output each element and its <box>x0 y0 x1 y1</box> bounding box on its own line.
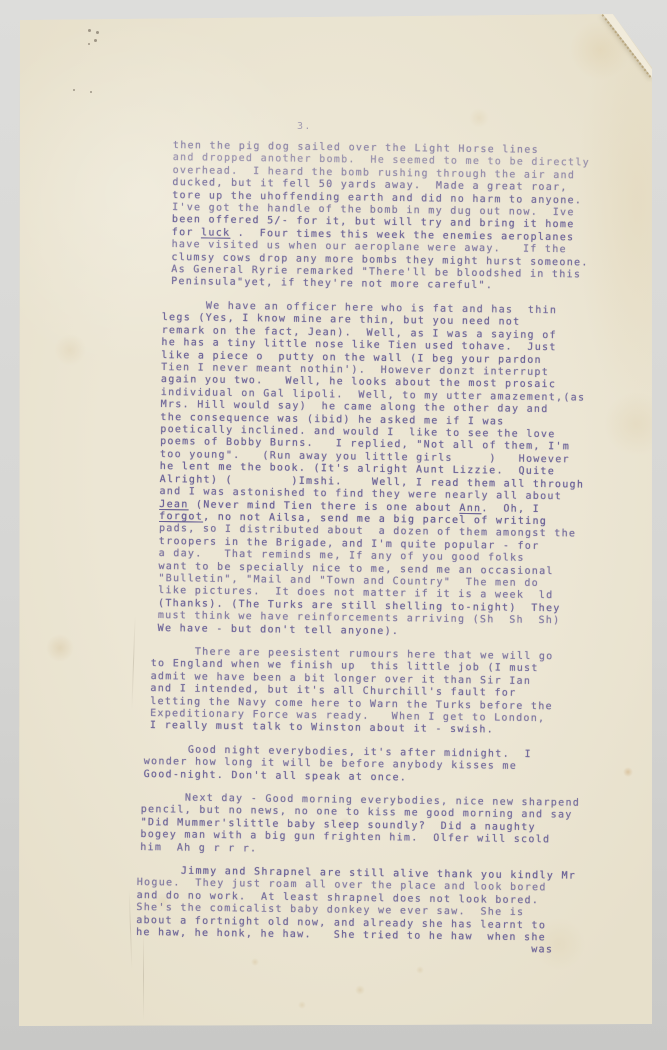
folded-corner <box>582 14 652 84</box>
pin-hole <box>88 43 90 45</box>
letter-paragraph: We have an officer here who is fat and h… <box>158 300 639 641</box>
letter-paragraph: Good night everybodies, it's after midni… <box>144 744 639 788</box>
underlined-word: Ann <box>459 502 481 513</box>
letter-page: 3. then the pig dog sailed over the Ligh… <box>19 14 652 1026</box>
folded-corner-face <box>582 14 652 84</box>
underlined-word: luck <box>201 227 230 238</box>
pin-hole <box>90 91 92 93</box>
letter-paragraph: There are peesistent rumours here that w… <box>150 646 639 739</box>
photo-background: 3. then the pig dog sailed over the Ligh… <box>0 0 667 1050</box>
letter-body: then the pig dog sailed over the Light H… <box>19 140 639 963</box>
letter-paragraph: Next day - Good morning everybodies, nic… <box>140 792 639 861</box>
pin-hole <box>94 39 97 42</box>
underlined-word: forgot <box>159 511 203 523</box>
letter-paragraph: then the pig dog sailed over the Light H… <box>171 140 639 295</box>
fold-crease-line <box>601 14 651 78</box>
underlined-word: Jean <box>159 498 188 509</box>
page-number: 3. <box>297 121 312 132</box>
pin-hole <box>96 31 99 34</box>
pin-hole <box>88 29 91 32</box>
pin-hole <box>73 89 75 91</box>
letter-paragraph: Jimmy and Shrapnel are still alive thank… <box>136 865 639 958</box>
